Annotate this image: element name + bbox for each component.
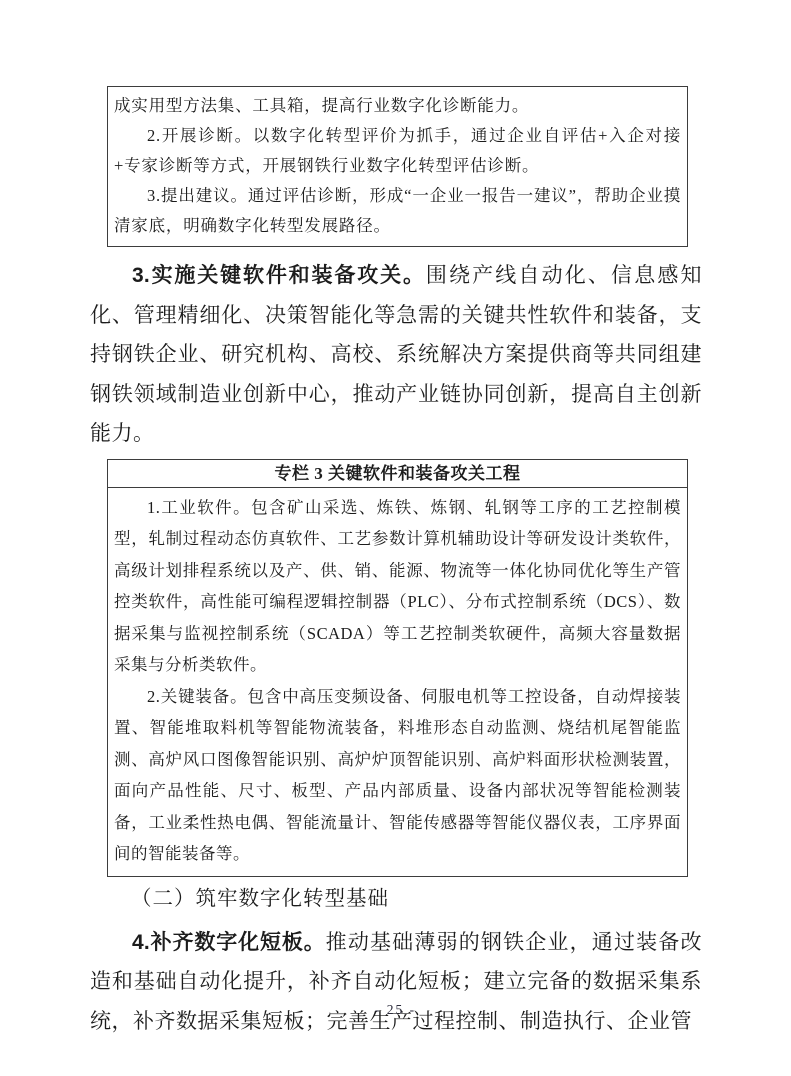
paragraph-4: 4.补齐数字化短板。推动基础薄弱的钢铁企业，通过装备改造和基础自动化提升，补齐自… [90, 923, 702, 1042]
column-box-paragraph-1: 1.工业软件。包含矿山采选、炼铁、炼钢、轧钢等工序的工艺控制模型，轧制过程动态仿… [114, 492, 681, 681]
page-number: - 25 - [0, 1002, 791, 1018]
box-paragraph-2: 2.开展诊断。以数字化转型评价为抓手，通过企业自评估+入企对接+专家诊断等方式，… [114, 121, 681, 181]
column-box-body: 1.工业软件。包含矿山采选、炼铁、炼钢、轧钢等工序的工艺控制模型，轧制过程动态仿… [108, 488, 687, 876]
paragraph-3: 3.实施关键软件和装备攻关。围绕产线自动化、信息感知化、管理精细化、决策智能化等… [90, 256, 702, 454]
box-paragraph-continuation: 成实用型方法集、工具箱，提高行业数字化诊断能力。 [114, 91, 681, 121]
section-heading: （二）筑牢数字化转型基础 [90, 884, 702, 914]
column-box-paragraph-2: 2.关键装备。包含中高压变频设备、伺服电机等工控设备，自动焊接装置、智能堆取料机… [114, 681, 681, 870]
continuation-text-box: 成实用型方法集、工具箱，提高行业数字化诊断能力。 2.开展诊断。以数字化转型评价… [107, 86, 688, 247]
column-box-title: 专栏 3 关键软件和装备攻关工程 [108, 460, 687, 488]
column-3-box: 专栏 3 关键软件和装备攻关工程 1.工业软件。包含矿山采选、炼铁、炼钢、轧钢等… [107, 459, 688, 877]
document-page: 成实用型方法集、工具箱，提高行业数字化诊断能力。 2.开展诊断。以数字化转型评价… [0, 0, 791, 1076]
paragraph-3-lead: 3.实施关键软件和装备攻关。 [132, 264, 426, 287]
box-paragraph-3: 3.提出建议。通过评估诊断，形成“一企业一报告一建议”，帮助企业摸清家底，明确数… [114, 181, 681, 241]
paragraph-4-lead: 4.补齐数字化短板。 [132, 931, 326, 954]
paragraph-3-body: 围绕产线自动化、信息感知化、管理精细化、决策智能化等急需的关键共性软件和装备，支… [90, 263, 702, 445]
